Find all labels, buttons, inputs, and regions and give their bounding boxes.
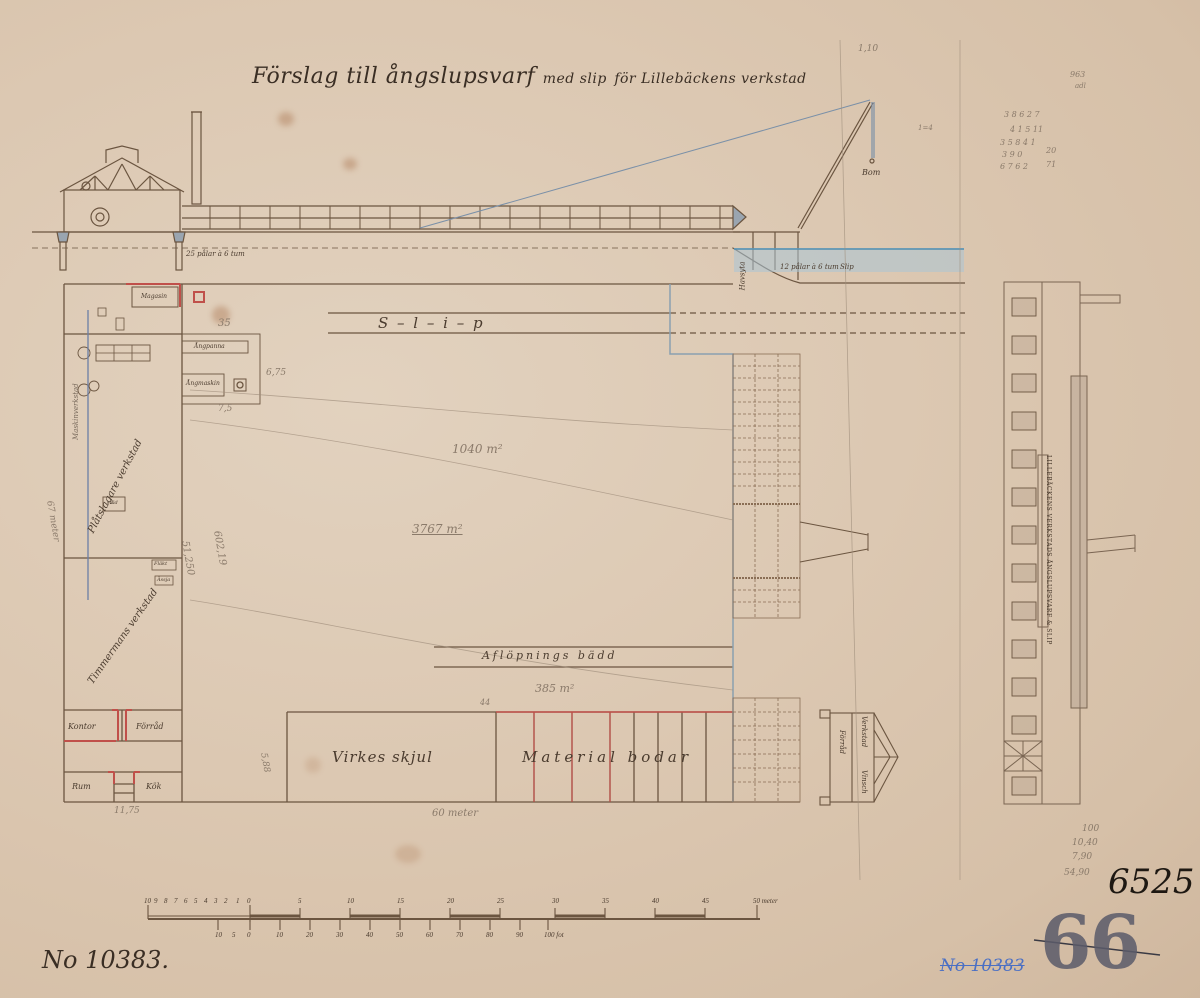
scale-m-8: 8 [164,897,168,905]
scale-f-50: 50 [396,931,403,939]
scale-f-20: 20 [306,931,313,939]
title-main: Förslag till ångslupsvarf [252,64,535,89]
drawing-title: Förslag till ångslupsvarf med slip för L… [252,64,807,89]
dim-1175: 11,75 [114,806,140,816]
small-a-label: Fläkt [154,561,167,567]
room-office: Kontor [68,722,96,731]
scale-f-0: 0 [247,931,251,939]
scale-m-20: 20 [447,897,454,905]
crane-label: Bom [862,168,880,177]
archive-number: 6525 [1108,862,1195,902]
launching-bed-label: Aflöpnings bädd [482,649,618,662]
scale-f-100: 100 fot [544,931,564,939]
note-br-1: 100 [1082,824,1099,834]
room-storage: Förråd [136,722,163,731]
scale-f-60: 60 [426,931,433,939]
side-elevation-text: LILLEBÄCKENS VERKSTADS ÅNGSLUPSVARF & SL… [1045,455,1052,645]
crane-note: 1=4 [918,124,933,132]
slip-label: S – l – i – p [378,314,485,332]
dim-675: 6,75 [266,368,286,378]
scale-m-40: 40 [652,897,659,905]
note-br-4: 54,90 [1064,868,1090,878]
scale-m-45: 45 [702,897,709,905]
calc-5: 6 7 6 2 [1000,162,1028,171]
note-br-3: 7,90 [1072,852,1092,862]
calc-1: 3 8 6 2 7 [1004,110,1040,119]
scale-f-80: 80 [486,931,493,939]
engine-b-label: Ångmaskin [186,380,220,387]
scale-m-10: 10 [144,897,151,905]
scale-m-0: 0 [247,897,251,905]
scale-m-25: 25 [497,897,504,905]
scale-m-35: 35 [602,897,609,905]
calc-2: 4 1 5 11 [1010,125,1043,134]
timber-shed-label: Virkes skjul [332,748,433,766]
section-label-b: Verkstad [860,716,868,747]
slip-elevation-label: Slip [840,263,854,271]
scale-f-10b: 10 [276,931,283,939]
room-machine-shop: Maskinverkstad [72,383,80,440]
note-top-right-a: 963 [1070,70,1085,79]
scale-f-30: 30 [336,931,343,939]
scale-m-6: 6 [184,897,188,905]
dim-35: 35 [218,318,231,329]
scale-m-1: 1 [236,897,240,905]
calc-6: 20 [1046,146,1056,155]
material-sheds-label: Material bodar [522,748,692,766]
engine-a-label: Ångpanna [194,343,225,350]
dim-60m: 60 meter [432,808,478,819]
note-top-center: 1,10 [858,44,878,54]
calc-3: 3 5 8 4 1 [1000,138,1036,147]
old-catalog-number: No 10383 [940,956,1025,976]
depth-label: 12 pålar à 6 tum [780,263,839,271]
scale-m-10b: 10 [347,897,354,905]
scale-f-90: 90 [516,931,523,939]
scale-m-15: 15 [397,897,404,905]
note-top-right-b: adl [1075,82,1086,90]
scale-m-9: 9 [154,897,158,905]
anvil-label: städ [107,500,118,506]
title-with: med slip [543,71,607,87]
title-for: för Lillebäckens verkstad [614,71,806,87]
area-inner: 1040 m² [452,442,503,456]
section-label-a: Förråd [838,730,846,754]
section-label-c: Vinsch [860,770,868,794]
area-total: 3767 m² [412,522,463,536]
scale-f-10: 10 [215,931,222,939]
scale-f-70: 70 [456,931,463,939]
dim-44: 44 [480,698,490,707]
stamp-66: 66 [1040,900,1139,986]
small-b-label: Ässja [157,577,170,583]
drawing-sheet: Förslag till ångslupsvarf med slip för L… [0,0,1200,998]
scale-m-5b: 5 [298,897,302,905]
scale-m-3: 3 [214,897,218,905]
water-level-label: Havsyta [738,262,746,291]
foundation-label: 25 pålar à 6 tum [186,250,245,258]
scale-m-50: 50 meter [753,897,778,905]
calc-7: 71 [1046,160,1056,169]
scale-m-5: 5 [194,897,198,905]
area-strip: 385 m² [535,682,574,695]
room-a: Rum [72,782,91,791]
window-grilles [1012,298,1036,795]
scale-m-4: 4 [204,897,208,905]
dim-75: 7,5 [218,404,232,414]
scale-m-30: 30 [552,897,559,905]
scale-m-7: 7 [174,897,178,905]
scale-f-5: 5 [232,931,236,939]
catalog-number: No 10383. [42,946,169,974]
room-magazine: Magasin [141,293,167,300]
scale-m-2: 2 [224,897,228,905]
note-br-2: 10,40 [1072,838,1098,848]
room-b: Kök [146,782,161,791]
scale-f-40: 40 [366,931,373,939]
calc-4: 3 9 0 [1002,150,1022,159]
